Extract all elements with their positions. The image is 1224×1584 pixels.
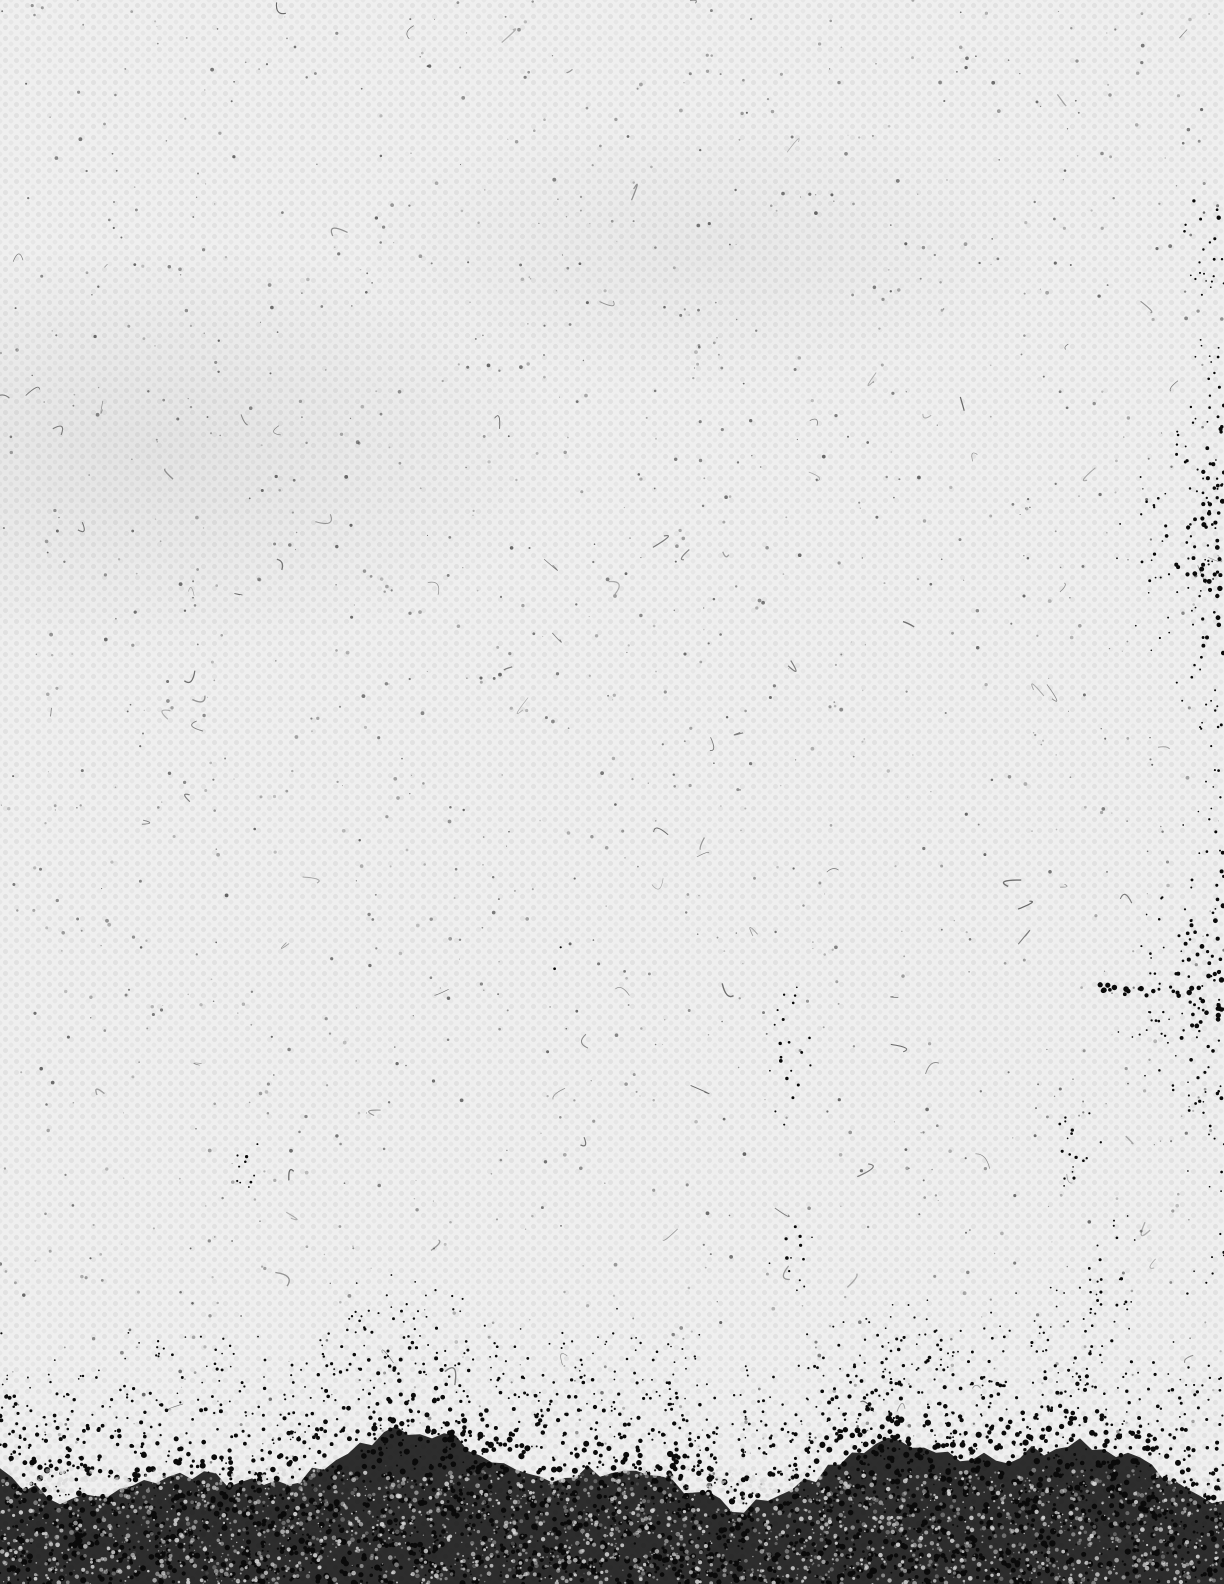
ink-layer xyxy=(0,0,1224,1584)
grunge-texture xyxy=(0,0,1224,1584)
